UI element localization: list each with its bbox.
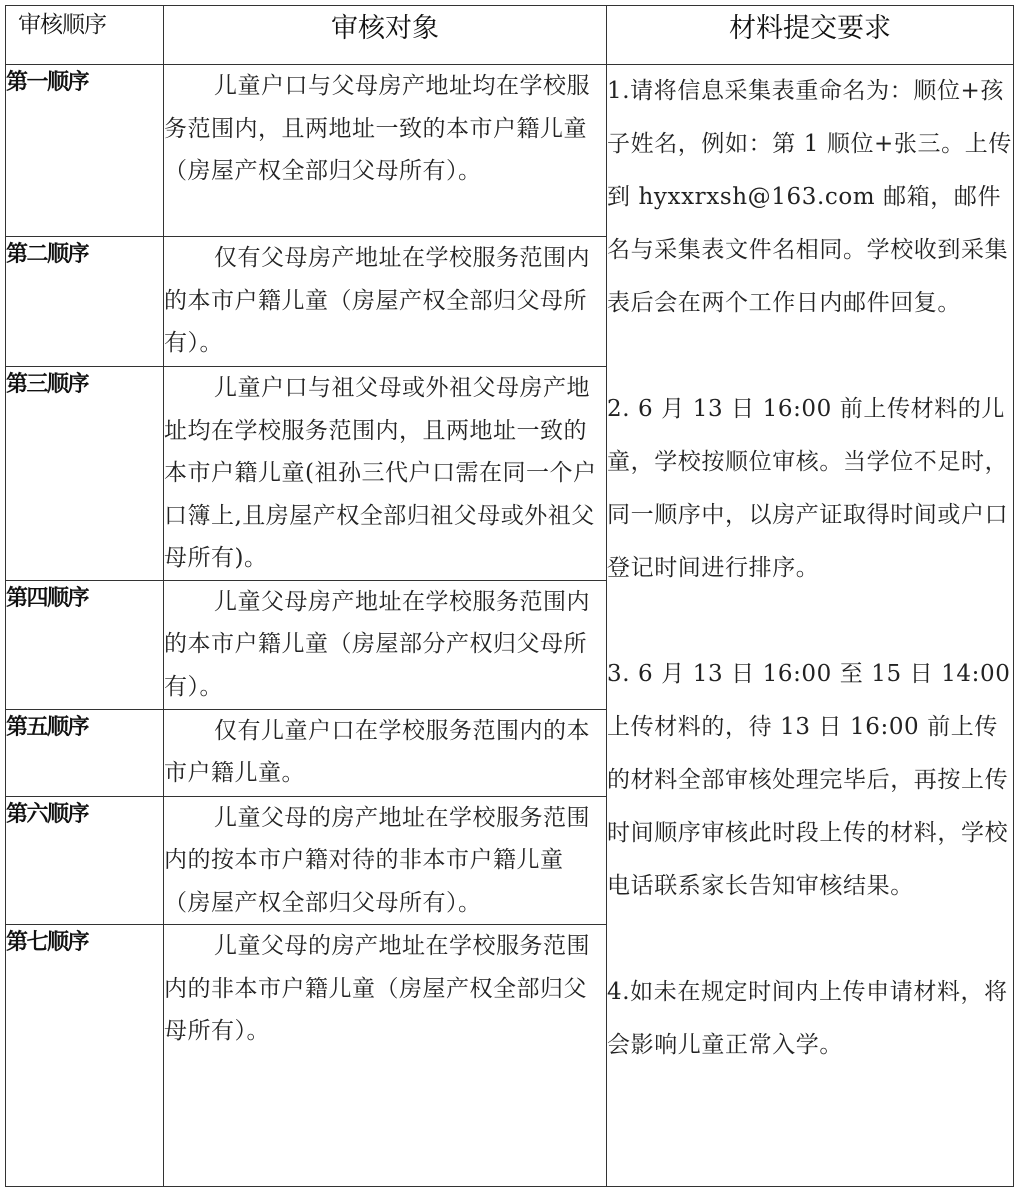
target-cell: 儿童父母的房产地址在学校服务范围内的非本市户籍儿童（房屋产权全部归父母所有）。 bbox=[164, 925, 607, 1187]
order-cell: 第七顺序 bbox=[6, 925, 164, 1187]
header-target: 审核对象 bbox=[164, 6, 607, 65]
requirement-item-4: 4.如未在规定时间内上传申请材料，将会影响儿童正常入学。 bbox=[607, 966, 1013, 1072]
target-cell: 儿童户口与父母房产地址均在学校服务范围内，且两地址一致的本市户籍儿童（房屋产权全… bbox=[164, 65, 607, 237]
target-text: 儿童父母的房产地址在学校服务范围内的非本市户籍儿童（房屋产权全部归父母所有）。 bbox=[164, 933, 590, 1044]
target-cell: 儿童户口与祖父母或外祖父母房产地址均在学校服务范围内，且两地址一致的本市户籍儿童… bbox=[164, 367, 607, 581]
review-order-table: 审核顺序 审核对象 材料提交要求 第一顺序 儿童户口与父母房产地址均在学校服务范… bbox=[5, 5, 1014, 1187]
target-cell: 仅有儿童户口在学校服务范围内的本市户籍儿童。 bbox=[164, 709, 607, 796]
target-cell: 儿童父母房产地址在学校服务范围内的本市户籍儿童（房屋部分产权归父母所有）。 bbox=[164, 580, 607, 709]
table-row: 第一顺序 儿童户口与父母房产地址均在学校服务范围内，且两地址一致的本市户籍儿童（… bbox=[6, 65, 1014, 237]
order-cell: 第四顺序 bbox=[6, 580, 164, 709]
header-order: 审核顺序 bbox=[6, 6, 164, 65]
header-row: 审核顺序 审核对象 材料提交要求 bbox=[6, 6, 1014, 65]
requirement-item-2: 2. 6 月 13 日 16:00 前上传材料的儿童，学校按顺位审核。当学位不足… bbox=[607, 383, 1013, 595]
order-cell: 第五顺序 bbox=[6, 709, 164, 796]
target-text: 仅有父母房产地址在学校服务范围内的本市户籍儿童（房屋产权全部归父母所有）。 bbox=[164, 245, 590, 356]
requirement-item-1: 1.请将信息采集表重命名为：顺位+孩子姓名，例如：第 1 顺位+张三。上传到 h… bbox=[607, 65, 1013, 330]
target-text: 儿童户口与祖父母或外祖父母房产地址均在学校服务范围内，且两地址一致的本市户籍儿童… bbox=[164, 375, 596, 571]
requirements-cell: 1.请将信息采集表重命名为：顺位+孩子姓名，例如：第 1 顺位+张三。上传到 h… bbox=[607, 65, 1014, 1187]
target-cell: 儿童父母的房产地址在学校服务范围内的按本市户籍对待的非本市户籍儿童（房屋产权全部… bbox=[164, 796, 607, 925]
order-cell: 第二顺序 bbox=[6, 237, 164, 367]
header-requirements: 材料提交要求 bbox=[607, 6, 1014, 65]
order-cell: 第一顺序 bbox=[6, 65, 164, 237]
target-text: 仅有儿童户口在学校服务范围内的本市户籍儿童。 bbox=[164, 718, 590, 787]
requirement-item-3: 3. 6 月 13 日 16:00 至 15 日 14:00 上传材料的，待 1… bbox=[607, 648, 1013, 913]
target-text: 儿童父母房产地址在学校服务范围内的本市户籍儿童（房屋部分产权归父母所有）。 bbox=[164, 589, 590, 700]
order-cell: 第三顺序 bbox=[6, 367, 164, 581]
order-cell: 第六顺序 bbox=[6, 796, 164, 925]
target-cell: 仅有父母房产地址在学校服务范围内的本市户籍儿童（房屋产权全部归父母所有）。 bbox=[164, 237, 607, 367]
target-text: 儿童户口与父母房产地址均在学校服务范围内，且两地址一致的本市户籍儿童（房屋产权全… bbox=[164, 73, 590, 184]
target-text: 儿童父母的房产地址在学校服务范围内的按本市户籍对待的非本市户籍儿童（房屋产权全部… bbox=[164, 805, 590, 916]
